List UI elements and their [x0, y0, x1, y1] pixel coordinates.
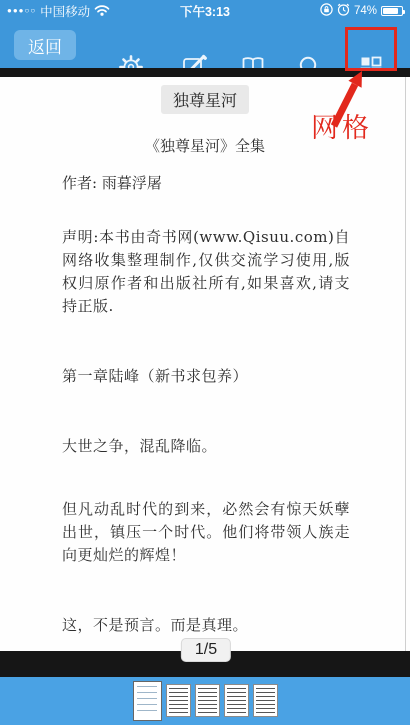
wifi-icon — [94, 4, 110, 19]
book-title-badge: 独尊星河 — [161, 85, 249, 114]
disclaimer-paragraph: 声明:本书由奇书网(www.Qisuu.com)自网络收集整理制作,仅供交流学习… — [62, 226, 350, 318]
page-number-badge: 1/5 — [181, 638, 231, 662]
battery-icon — [381, 6, 403, 16]
author-line: 作者: 雨暮浮屠 — [62, 172, 348, 193]
ebook-reader-screen: ●●●○○ 中国移动 下午3:13 — [0, 0, 410, 725]
signal-strength-icon: ●●●○○ — [7, 6, 36, 15]
page-thumbnail-1[interactable] — [133, 681, 162, 721]
carrier-label: 中国移动 — [40, 2, 90, 20]
back-button-label: 返回 — [28, 33, 62, 58]
page-thumbnail-3[interactable] — [195, 684, 220, 717]
battery-percent-label: 74% — [354, 5, 377, 17]
rotation-lock-icon — [320, 3, 333, 19]
page-thumbnail-5[interactable] — [253, 684, 278, 717]
status-bar: ●●●○○ 中国移动 下午3:13 — [0, 0, 410, 22]
page-frame-top — [0, 68, 410, 77]
alarm-icon — [337, 3, 350, 19]
thumbnail-strip — [0, 677, 410, 725]
back-button[interactable]: 返回 — [14, 30, 76, 60]
body-paragraph: 大世之争，混乱降临。 — [62, 435, 350, 458]
page-thumbnail-2[interactable] — [166, 684, 191, 717]
page-thumbnail-4[interactable] — [224, 684, 249, 717]
chapter-heading: 第一章陆峰（新书求包养） — [62, 365, 350, 388]
body-paragraph: 但凡动乱时代的到来，必然会有惊天妖孽出世，镇压一个时代。他们将带领人族走向更灿烂… — [62, 498, 350, 567]
reader-toolbar: 返回 — [0, 22, 410, 68]
book-heading: 《独尊星河》全集 — [0, 135, 410, 156]
body-paragraph: 这，不是预言。而是真理。 — [62, 614, 350, 637]
book-page[interactable]: 独尊星河 《独尊星河》全集 作者: 雨暮浮屠 声明:本书由奇书网(www.Qis… — [0, 77, 410, 651]
